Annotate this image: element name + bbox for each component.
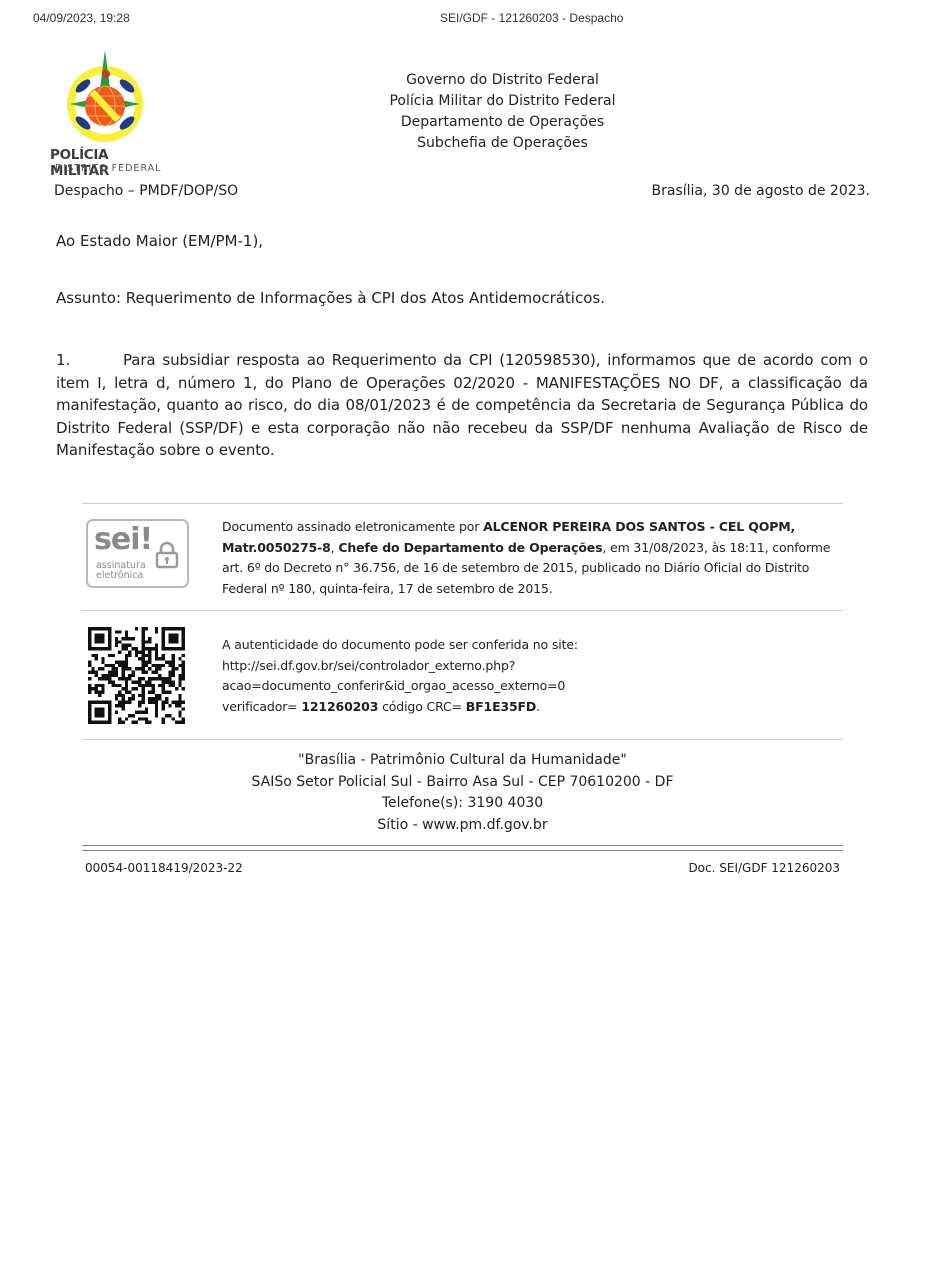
- addressee: Ao Estado Maior (EM/PM-1),: [56, 232, 263, 250]
- letterhead-line: Governo do Distrito Federal: [300, 70, 705, 91]
- footer-motto: "Brasília - Patrimônio Cultural da Human…: [82, 750, 843, 772]
- letterhead-line: Departamento de Operações: [300, 112, 705, 133]
- letterhead-line: Polícia Militar do Distrito Federal: [300, 91, 705, 112]
- authenticity-url: http://sei.df.gov.br/sei/controlador_ext…: [222, 656, 842, 677]
- sei-logo-text: sei!: [94, 522, 152, 557]
- subject: Assunto: Requerimento de Informações à C…: [56, 289, 605, 307]
- divider: [82, 503, 843, 504]
- footer-phone: Telefone(s): 3190 4030: [82, 793, 843, 815]
- print-datetime: 04/09/2023, 19:28: [33, 11, 130, 25]
- paragraph-1: 1.Para subsidiar resposta ao Requeriment…: [56, 349, 868, 462]
- paragraph-number: 1.: [56, 349, 123, 372]
- signature-text: Documento assinado eletronicamente por A…: [222, 517, 842, 599]
- signature-prefix: Documento assinado eletronicamente por: [222, 519, 483, 534]
- crc-label: código CRC=: [378, 699, 465, 714]
- lock-icon: [155, 541, 179, 569]
- qr-code: [88, 627, 185, 724]
- print-page-title: SEI/GDF - 121260203 - Despacho: [440, 11, 623, 25]
- doc-id: Doc. SEI/GDF 121260203: [688, 861, 840, 875]
- verification-line: verificador= 121260203 código CRC= BF1E3…: [222, 697, 842, 718]
- document-reference: Despacho – PMDF/DOP/SO: [54, 183, 238, 199]
- verificador-code: 121260203: [301, 699, 378, 714]
- crc-code: BF1E35FD: [466, 699, 536, 714]
- paragraph-text: Para subsidiar resposta ao Requerimento …: [56, 351, 868, 459]
- footer-website: Sítio - www.pm.df.gov.br: [82, 815, 843, 837]
- institution-footer: "Brasília - Patrimônio Cultural da Human…: [82, 750, 843, 836]
- period: .: [536, 699, 540, 714]
- verificador-label: verificador=: [222, 699, 301, 714]
- qr-code-icon: [88, 627, 185, 724]
- sei-logo-subtext: assinaturaeletrônica: [96, 561, 146, 581]
- sei-sub-line: eletrônica: [96, 570, 143, 581]
- authenticity-url: acao=documento_conferir&id_orgao_acesso_…: [222, 676, 842, 697]
- logo-subtitle: DISTRITO FEDERAL: [55, 163, 161, 174]
- sei-signature-badge: sei! assinaturaeletrônica: [86, 519, 189, 588]
- authenticity-text: A autenticidade do documento pode ser co…: [222, 635, 842, 717]
- divider: [82, 610, 843, 611]
- authenticity-line: A autenticidade do documento pode ser co…: [222, 635, 842, 656]
- footer-address: SAISo Setor Policial Sul - Bairro Asa Su…: [82, 772, 843, 794]
- signer-role: Chefe do Departamento de Operações: [338, 540, 602, 555]
- pmdf-logo: POLÍCIA MILITAR DISTRITO FEDERAL: [48, 46, 163, 174]
- pmdf-emblem-icon: [48, 46, 163, 146]
- divider: [82, 739, 843, 740]
- letterhead-line: Subchefia de Operações: [300, 133, 705, 154]
- letterhead: Governo do Distrito Federal Polícia Mili…: [300, 70, 705, 154]
- footer-double-rule: [82, 845, 843, 851]
- process-number: 00054-00118419/2023-22: [85, 861, 243, 875]
- place-date: Brasília, 30 de agosto de 2023.: [652, 183, 870, 199]
